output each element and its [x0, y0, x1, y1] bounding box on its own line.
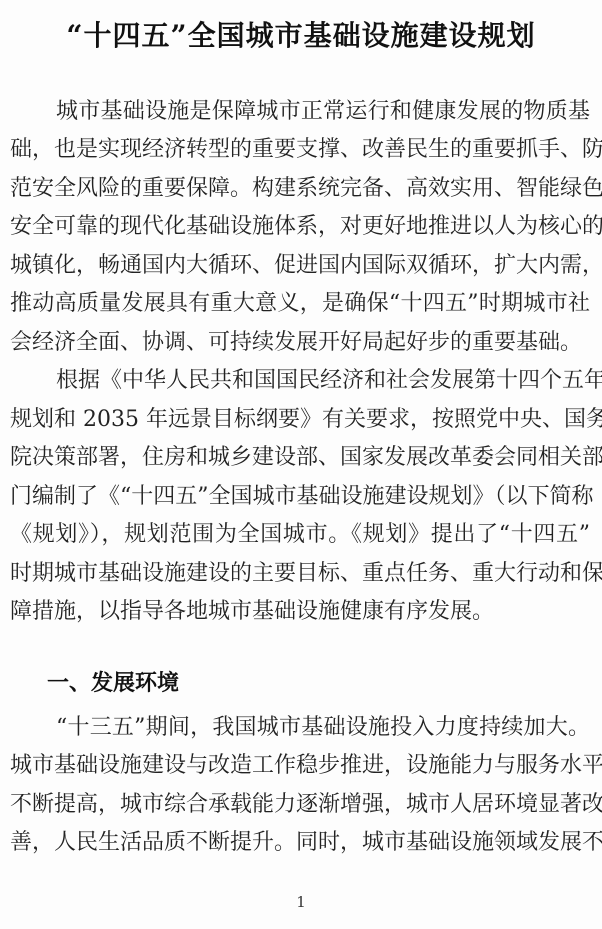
section-heading: 一、发展环境	[47, 669, 179, 699]
document-title: “十四五”全国城市基础设施建设规划	[0, 14, 602, 54]
paragraph-1-line-1: 城市基础设施是保障城市正常运行和健康发展的物质基	[56, 97, 590, 127]
paragraph-2-line-4: 门编制了《“十四五”全国城市基础设施建设规划》（以下简称	[10, 482, 590, 512]
paragraph-2-line-7: 障措施，以指导各地城市基础设施健康有序发展。	[10, 597, 590, 627]
paragraph-2-line-2: 规划和 2035 年远景目标纲要》有关要求，按照党中央、国务	[10, 405, 590, 435]
paragraph-1-line-2: 础，也是实现经济转型的重要支撑、改善民生的重要抓手、防	[10, 135, 590, 165]
paragraph-2-line-6: 时期城市基础设施建设的主要目标、重点任务、重大行动和保	[10, 559, 590, 589]
section-paragraph-line-2: 城市基础设施建设与改造工作稳步推进，设施能力与服务水平	[10, 751, 590, 781]
section-paragraph-line-3: 不断提高，城市综合承载能力逐渐增强，城市人居环境显著改	[10, 790, 590, 820]
paragraph-2-line-3: 院决策部署，住房和城乡建设部、国家发展改革委会同相关部	[10, 443, 590, 473]
section-paragraph-line-1: “十三五”期间，我国城市基础设施投入力度持续加大。	[56, 713, 590, 743]
document-page: “十四五”全国城市基础设施建设规划 城市基础设施是保障城市正常运行和健康发展的物…	[0, 0, 602, 929]
section-paragraph-line-4: 善，人民生活品质不断提升。同时，城市基础设施领域发展不	[10, 828, 590, 858]
paragraph-2-line-1: 根据《中华人民共和国国民经济和社会发展第十四个五年	[56, 366, 590, 396]
page-number: 1	[0, 893, 602, 911]
paragraph-1-line-3: 范安全风险的重要保障。构建系统完备、高效实用、智能绿色、	[10, 174, 590, 204]
paragraph-1-line-5: 城镇化，畅通国内大循环、促进国内国际双循环，扩大内需，	[10, 251, 590, 281]
paragraph-1-line-4: 安全可靠的现代化基础设施体系，对更好地推进以人为核心的	[10, 212, 590, 242]
paragraph-1-line-6: 推动高质量发展具有重大意义，是确保“十四五”时期城市社	[10, 289, 590, 319]
paragraph-1-line-7: 会经济全面、协调、可持续发展开好局起好步的重要基础。	[10, 328, 590, 358]
paragraph-2-line-5: 《规划》），规划范围为全国城市。《规划》提出了“十四五”	[10, 520, 590, 550]
